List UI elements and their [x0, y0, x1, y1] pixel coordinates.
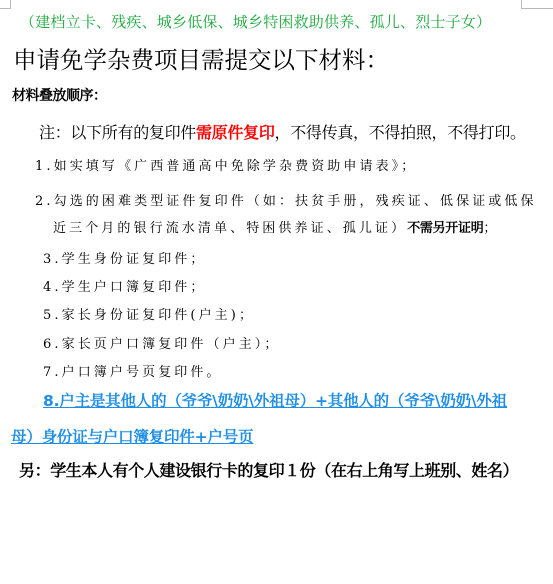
list-item-3: 3.学生身份证复印件；	[43, 248, 207, 267]
note-line: 注：以下所有的复印件需原件复印，不得传真，不得拍照，不得打印。	[39, 120, 526, 143]
note-highlight: 需原件复印	[196, 123, 275, 142]
list-item-8-line1[interactable]: 8.户主是其他人的（爷爷\奶奶\外祖母）+其他人的（爷爷\奶奶\外祖	[43, 389, 507, 411]
list-item-2-line1: 2.勾选的困难类型证件复印件（如：扶贫手册，残疾证、低保证或低保	[35, 190, 537, 209]
list-item-6: 6.家长页户口簿复印件（户主）；	[43, 333, 281, 352]
list-item-7: 7.户口簿户号页复印件。	[43, 361, 223, 380]
list-item-2-bold: 不需另开证明	[407, 221, 483, 236]
page-corner-mark-top-right	[521, 8, 553, 9]
page-corner-mark-top-left	[0, 8, 11, 9]
stacking-order-label: 材料叠放顺序：	[12, 85, 107, 105]
list-item-5: 5.家长身份证复印件(户主)；	[43, 304, 255, 323]
note-suffix: ，不得传真，不得拍照，不得打印。	[275, 123, 526, 142]
note-prefix: 注：以下所有的复印件	[39, 123, 196, 142]
page-title: 申请免学杂费项目需提交以下材料：	[13, 41, 389, 75]
page-corner-mark-top-left	[10, 0, 11, 8]
list-item-2-line2: 近三个月的银行流水清单、特困供养证、孤儿证）不需另开证明；	[53, 217, 500, 236]
list-item-2-text: 近三个月的银行流水清单、特困供养证、孤儿证）	[53, 221, 407, 236]
eligibility-subtitle: （建档立卡、残疾、城乡低保、城乡特困救助供养、孤儿、烈士子女）	[20, 11, 491, 32]
list-item-1: 1.如实填写《广西普通高中免除学杂费资助申请表》；	[35, 155, 417, 174]
page-corner-mark-top-right	[521, 0, 522, 8]
list-item-8-line2[interactable]: 母）身份证与户口簿复印件+户号页	[11, 425, 253, 447]
extra-note: 另：学生本人有个人建设银行卡的复印１份（在右上角写上班别、姓名）	[19, 458, 518, 481]
list-item-2-tail: ；	[483, 221, 499, 236]
list-item-4: 4.学生户口簿复印件；	[43, 276, 207, 295]
